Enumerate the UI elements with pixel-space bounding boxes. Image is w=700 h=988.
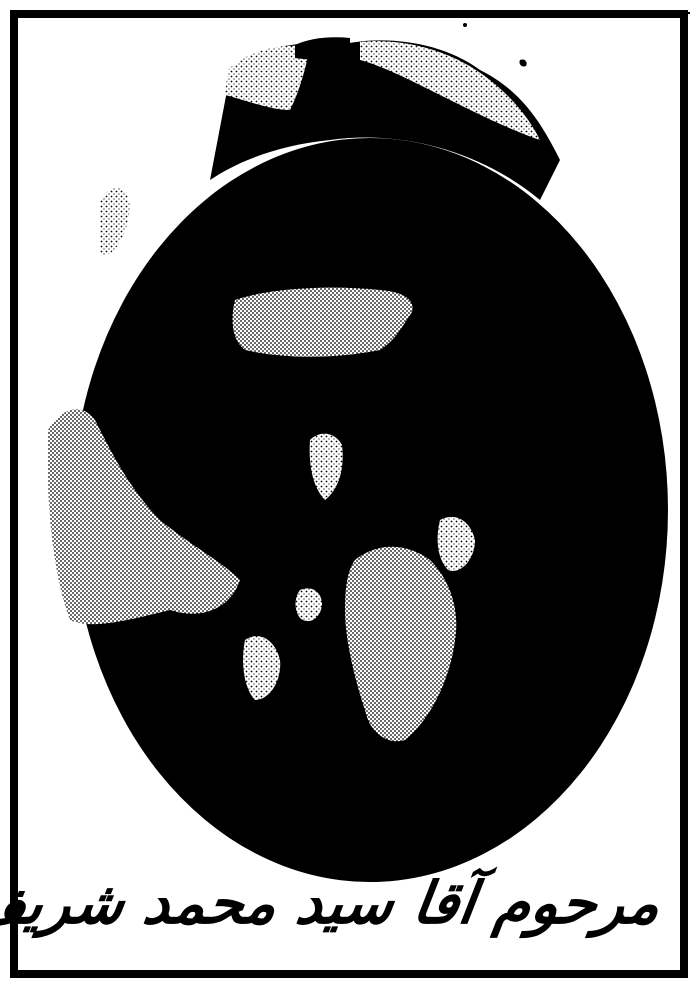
oval-portrait bbox=[0, 0, 700, 988]
portrait-silhouette bbox=[48, 23, 668, 882]
portrait-caption: مرحوم آقا سید محمد شریف تقوی شیرازی bbox=[52, 848, 667, 958]
